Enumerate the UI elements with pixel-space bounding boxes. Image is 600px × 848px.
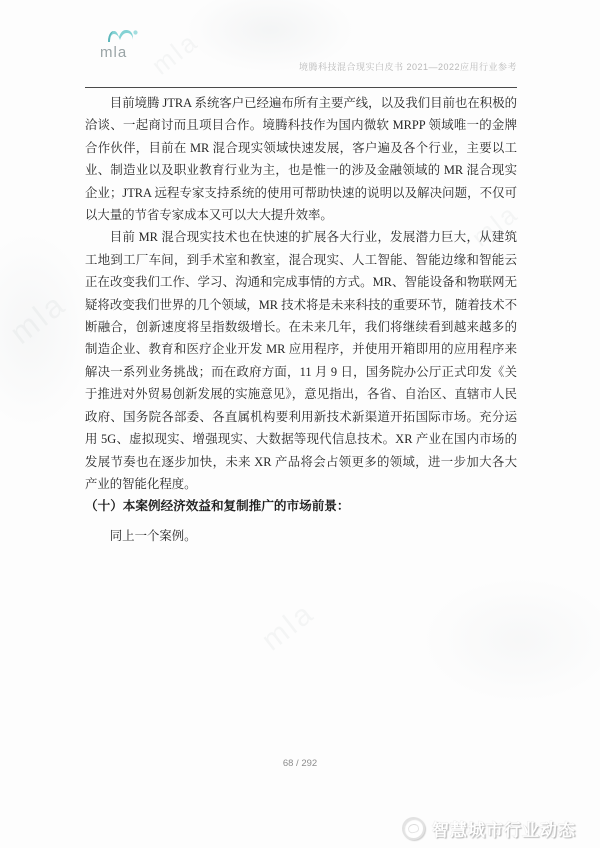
section-heading: （十）本案例经济效益和复制推广的市场前景： (85, 495, 517, 517)
account-watermark-text: 智慧城市行业动态 (432, 816, 576, 841)
diagonal-watermark: mla (3, 285, 74, 351)
brand-logo-icon (106, 28, 140, 44)
account-logo-icon (402, 817, 425, 840)
section-body-line: 同上一个案例。 (85, 525, 517, 547)
running-header-title: 境腾科技混合现实白皮书 2021—2022应用行业参考 (299, 60, 517, 73)
diagonal-watermark: mla (256, 596, 322, 658)
document-body: 目前境腾 JTRA 系统客户已经遍布所有主要产线，以及我们目前也在积极的洽谈、一… (85, 92, 517, 547)
document-page: mla mla mla mla mla 境腾科技混合现实白皮书 2021—202… (0, 0, 600, 848)
page-number: 68 / 292 (0, 758, 600, 769)
header-rule-line (85, 87, 517, 88)
account-watermark: 智慧城市行业动态 (402, 816, 576, 841)
brand-logo-text: mla (100, 44, 127, 61)
brand-logo: mla (100, 28, 170, 62)
paragraph: 目前 MR 混合现实技术也在快速的扩展各大行业，发展潜力巨大，从建筑工地到工厂车… (85, 226, 517, 495)
paragraph: 目前境腾 JTRA 系统客户已经遍布所有主要产线，以及我们目前也在积极的洽谈、一… (85, 92, 517, 226)
